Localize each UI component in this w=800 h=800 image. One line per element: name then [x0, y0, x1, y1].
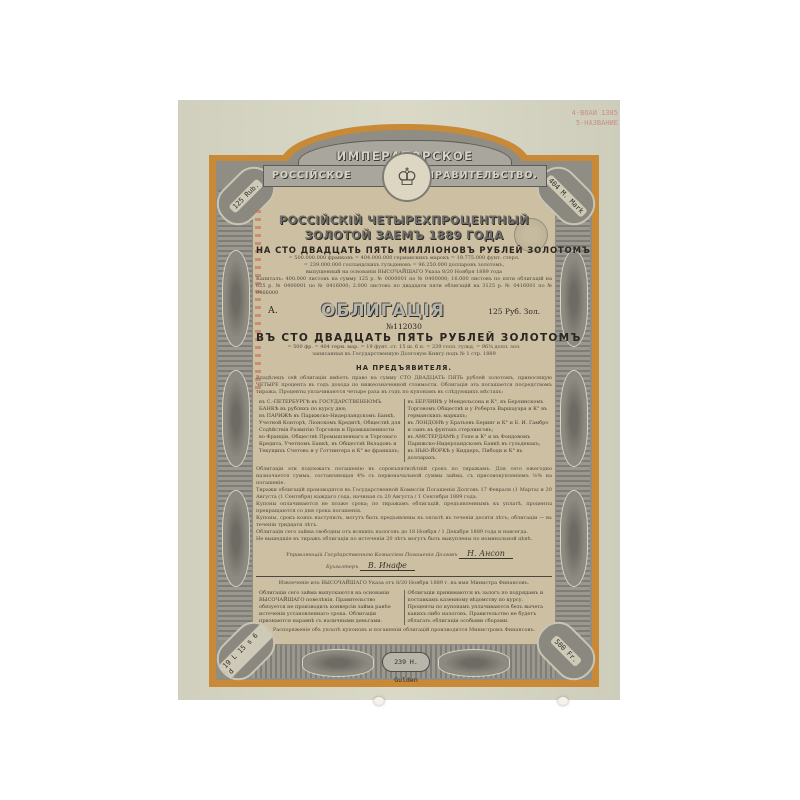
payment-places: въ С.-ПЕТЕРБУРГѢ въ ГОСУДАРСТВЕННОМЪ БАН…: [256, 399, 552, 462]
loan-equivalent-1: = 500.000.000 франковъ = 404.000.000 гер…: [256, 255, 552, 262]
header-left-text: РОССІЙСКОЕ: [272, 166, 352, 186]
loan-fine-print: Капиталъ: 400.000 листовъ на сумму 125 р…: [256, 276, 552, 297]
double-headed-eagle-icon: ♔: [382, 152, 432, 202]
lower-right-text: Облигаціи принимаются въ залогъ по подря…: [404, 590, 553, 625]
loan-equivalent-2: = 239.000.000 голландскихъ гульденовъ = …: [256, 262, 552, 269]
ornament-bottom-left: [302, 649, 374, 677]
obligation-row: А. ОБЛИГАЦІЯ 125 Руб. Зол.: [256, 301, 552, 321]
pencil-annotation: 4-ВОАИ 1385 5-НАЗВАНИЕ: [548, 108, 618, 128]
ornament-left-upper: [222, 250, 250, 347]
conditions: Облигаціи эти подлежатъ погашенію въ сор…: [256, 466, 552, 543]
loan-decree: выпущенный на основаніи ВЫСОЧАЙШАГО Указ…: [256, 269, 552, 276]
payment-places-right: въ БЕРЛИНѢ у Мендельсона и К°, въ Берлин…: [404, 399, 553, 462]
amount-words: ВЪ СТО ДВАДЦАТЬ ПЯТЬ РУБЛЕЙ ЗОЛОТОМЪ: [256, 332, 552, 344]
mount-pin-left: [374, 697, 384, 705]
ornament-bottom-right: [438, 649, 510, 677]
bearer-label: НА ПРЕДЪЯВИТЕЛЯ.: [256, 364, 552, 372]
ornament-right-middle: [560, 370, 588, 467]
series-letter: А.: [268, 306, 278, 316]
ornament-left-lower: [222, 490, 250, 587]
controller-signature-row: Бухгалтеръ В. Инафе: [256, 561, 552, 570]
face-value: 125 Руб. Зол.: [488, 307, 540, 316]
manager-signature: Н. Ансоп: [459, 549, 513, 559]
obligation-title: ОБЛИГАЦІЯ: [321, 301, 445, 321]
title-line-2: ЗОЛОТОЙ ЗАЕМЪ 1889 ГОДА: [256, 228, 552, 243]
bond-content: РОССІЙСКІЙ ЧЕТЫРЕХПРОЦЕНТНЫЙ ЗОЛОТОЙ ЗАЕ…: [256, 213, 552, 634]
bottom-center-plate: 239 H. Gulden: [382, 652, 430, 672]
header-right-text: ПРАВИТЕЛЬСТВО.: [426, 166, 538, 186]
serial-number: №112030: [256, 322, 552, 331]
lower-columns: Облигаціи сего займа выпускаются на осно…: [256, 590, 552, 625]
title-line-1: РОССІЙСКІЙ ЧЕТЫРЕХПРОЦЕНТНЫЙ: [256, 213, 552, 228]
section-divider: [256, 576, 552, 577]
controller-signature: В. Инафе: [360, 561, 415, 571]
lower-section-heading: Извлеченіе изъ ВЫСОЧАЙШАГО Указа отъ 8/2…: [256, 580, 552, 587]
amount-equivalents: = 500 фр. = 404 герм. мар. = 19 фунт. ст…: [256, 344, 552, 351]
manager-signature-row: Управляющій Государственною Комиссіею По…: [256, 549, 552, 558]
mount-pin-right: [558, 697, 568, 705]
ornament-left-middle: [222, 370, 250, 467]
ornament-right-lower: [560, 490, 588, 587]
lower-footer: Распоряженіе объ уплатѣ купоновъ и погаш…: [256, 627, 552, 634]
loan-subtitle: НА СТО ДВАДЦАТЬ ПЯТЬ МИЛЛІОНОВЪ РУБЛЕЙ З…: [256, 245, 552, 255]
header-ribbon: ИМПЕРАТОРСКОЕ РОССІЙСКОЕ ПРАВИТЕЛЬСТВО. …: [263, 140, 545, 190]
body-intro: Владѣлецъ сей облигаціи имѣетъ право на …: [256, 375, 552, 396]
amount-note: записанная въ Государственную Долговую К…: [256, 351, 552, 358]
lower-left-text: Облигаціи сего займа выпускаются на осно…: [256, 590, 404, 625]
payment-places-left: въ С.-ПЕТЕРБУРГѢ въ ГОСУДАРСТВЕННОМЪ БАН…: [256, 399, 404, 462]
